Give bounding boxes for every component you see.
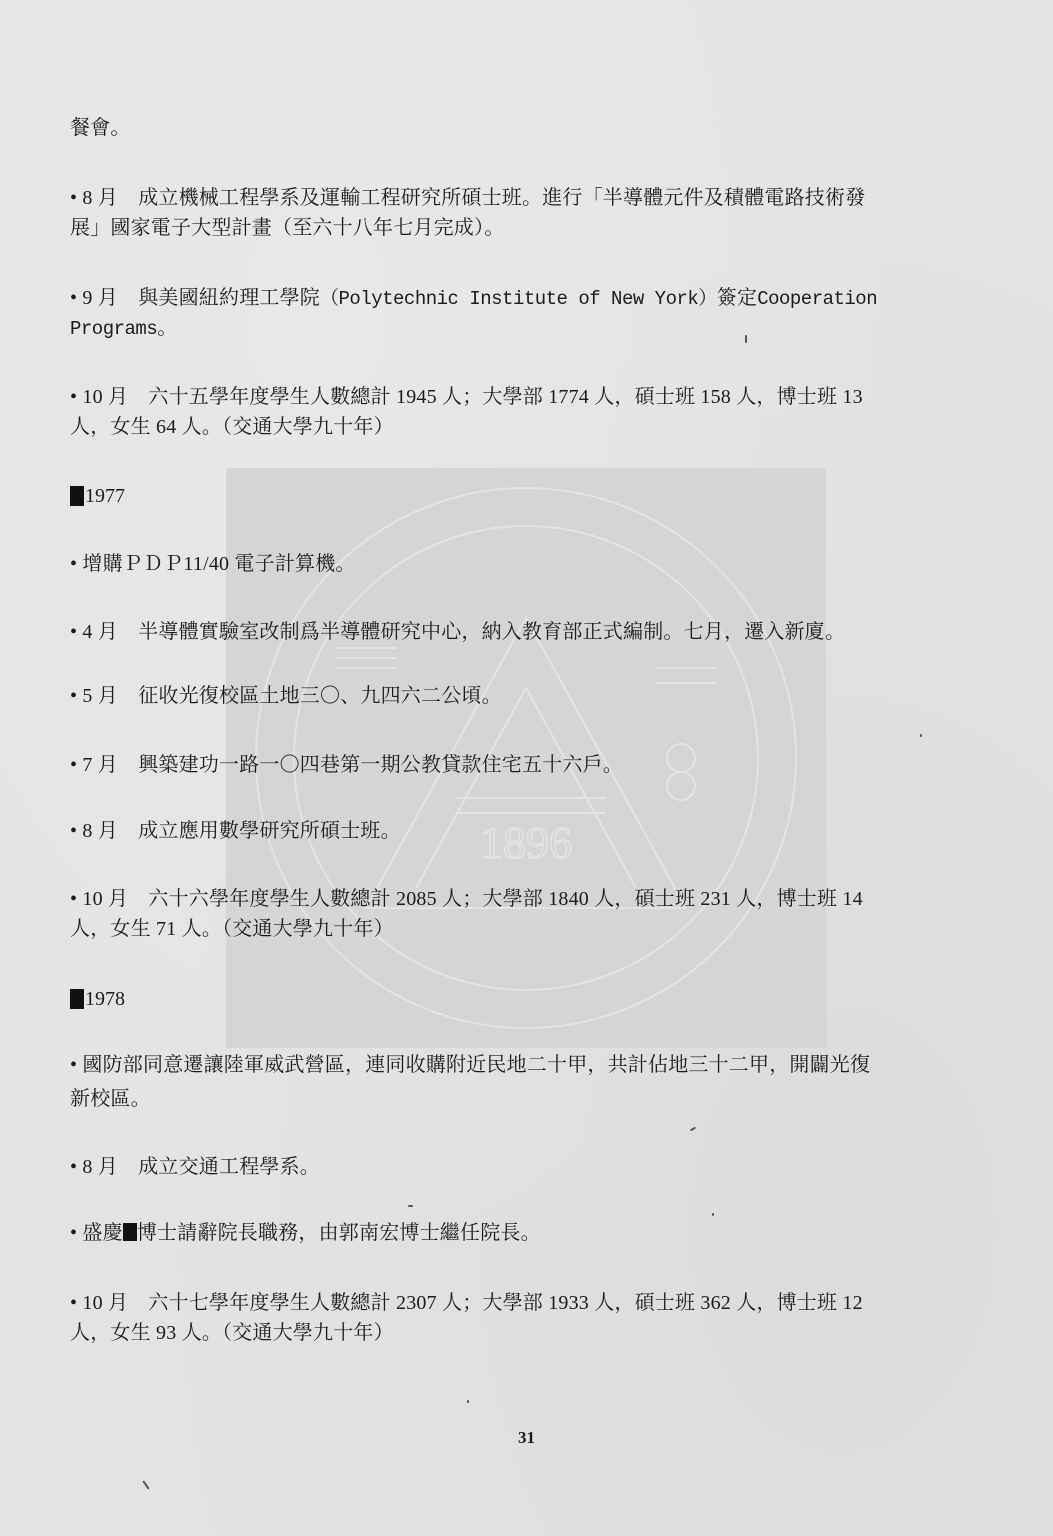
institute-name: （Polytechnic Institute of New York） xyxy=(320,288,717,310)
list-item-aug-1978: • 8 月 成立交通工程學系。 xyxy=(70,1152,960,1182)
year-heading-1978: 1978 xyxy=(70,984,125,1014)
item-text: 4 月 半導體實驗室改制爲半導體研究中心，納入教育部正式編制。七月，遷入新廈。 xyxy=(82,621,845,643)
list-item-oct-1977-line2: 人，女生 71 人。（交通大學九十年） xyxy=(70,914,960,944)
bullet: • xyxy=(70,621,77,643)
list-item-apr-1977: • 4 月 半導體實驗室改制爲半導體研究中心，納入教育部正式編制。七月，遷入新廈… xyxy=(70,617,960,647)
continuation-text: 餐會。 xyxy=(70,113,960,143)
scan-speck xyxy=(690,1127,696,1132)
agreement-name-cont: Programs xyxy=(70,318,157,340)
list-item-oct-1977-line1: • 10 月 六十六學年度學生人數總計 2085 人；大學部 1840 人，碩士… xyxy=(70,884,960,914)
item-text: 10 月 六十五學年度學生人數總計 1945 人；大學部 1774 人，碩士班 … xyxy=(82,386,862,408)
item-text: 盛慶 xyxy=(82,1222,122,1244)
list-item-1978-campus-line2: 新校區。 xyxy=(70,1084,960,1114)
bullet: • xyxy=(70,1156,77,1178)
scan-speck xyxy=(408,1205,413,1207)
item-text: 國防部同意遷讓陸軍威武營區，連同收購附近民地二十甲，共計佔地三十二甲，開闢光復 xyxy=(82,1054,870,1076)
list-item-aug-1977: • 8 月 成立應用數學研究所碩士班。 xyxy=(70,816,960,846)
black-square-icon xyxy=(70,989,84,1009)
item-text: 簽定 xyxy=(717,287,757,309)
list-item-jul-1977: • 7 月 興築建功一路一〇四巷第一期公教貸款住宅五十六戶。 xyxy=(70,750,960,780)
item-text: 8 月 成立交通工程學系。 xyxy=(82,1156,320,1178)
scan-speck xyxy=(712,1213,714,1216)
list-item-aug-1976-line1: • 8 月 成立機械工程學系及運輸工程研究所碩士班。進行「半導體元件及積體電路技… xyxy=(70,183,960,213)
year-heading-1977: 1977 xyxy=(70,481,125,511)
scan-speck xyxy=(920,734,922,737)
item-text: 9 月 與美國紐約理工學院 xyxy=(82,287,320,309)
list-item-1977-pdp: • 增購ＰＤＰ11/40 電子計算機。 xyxy=(70,549,960,579)
scan-speck xyxy=(467,1400,469,1403)
list-item-aug-1976-line2: 展」國家電子大型計畫（至六十八年七月完成）。 xyxy=(70,213,960,243)
list-item-oct-1978-line2: 人，女生 93 人。（交通大學九十年） xyxy=(70,1318,960,1348)
bullet: • xyxy=(70,187,77,209)
black-square-icon xyxy=(70,486,84,506)
item-text: 10 月 六十六學年度學生人數總計 2085 人；大學部 1840 人，碩士班 … xyxy=(82,888,862,910)
list-item-sep-1976-line1: • 9 月 與美國紐約理工學院（Polytechnic Institute of… xyxy=(70,283,960,314)
item-text: 10 月 六十七學年度學生人數總計 2307 人；大學部 1933 人，碩士班 … xyxy=(82,1292,862,1314)
list-item-oct-1976-line2: 人，女生 64 人。（交通大學九十年） xyxy=(70,412,960,442)
bullet: • xyxy=(70,1292,77,1314)
item-text: 。 xyxy=(157,317,177,339)
page-number: 31 xyxy=(0,1428,1053,1448)
list-item-sep-1976-line2: Programs。 xyxy=(70,313,960,344)
item-text: 5 月 征收光復校區土地三〇、九四六二公頃。 xyxy=(82,685,501,707)
agreement-name: Cooperation xyxy=(757,288,877,310)
item-text: 增購ＰＤＰ11/40 電子計算機。 xyxy=(82,553,355,575)
bullet: • xyxy=(70,287,77,309)
bullet: • xyxy=(70,820,77,842)
bullet: • xyxy=(70,1054,77,1076)
year-label: 1978 xyxy=(85,984,125,1014)
bullet: • xyxy=(70,1222,77,1244)
list-item-1978-campus-line1: • 國防部同意遷讓陸軍威武營區，連同收購附近民地二十甲，共計佔地三十二甲，開闢光… xyxy=(70,1050,960,1080)
bullet: • xyxy=(70,685,77,707)
list-item-may-1977: • 5 月 征收光復校區土地三〇、九四六二公頃。 xyxy=(70,681,960,711)
scan-speck xyxy=(142,1480,149,1489)
bullet: • xyxy=(70,386,77,408)
scan-speck xyxy=(745,335,747,343)
item-text: 7 月 興築建功一路一〇四巷第一期公教貸款住宅五十六戶。 xyxy=(82,754,623,776)
redaction-block-icon xyxy=(123,1223,137,1241)
item-text: 博士請辭院長職務，由郭南宏博士繼任院長。 xyxy=(137,1222,541,1244)
item-text: 8 月 成立機械工程學系及運輸工程研究所碩士班。進行「半導體元件及積體電路技術發 xyxy=(82,187,865,209)
year-label: 1977 xyxy=(85,481,125,511)
bullet: • xyxy=(70,888,77,910)
bullet: • xyxy=(70,553,77,575)
list-item-oct-1978-line1: • 10 月 六十七學年度學生人數總計 2307 人；大學部 1933 人，碩士… xyxy=(70,1288,960,1318)
list-item-oct-1976-line1: • 10 月 六十五學年度學生人數總計 1945 人；大學部 1774 人，碩士… xyxy=(70,382,960,412)
bullet: • xyxy=(70,754,77,776)
list-item-1978-president: • 盛慶博士請辭院長職務，由郭南宏博士繼任院長。 xyxy=(70,1218,960,1248)
item-text: 8 月 成立應用數學研究所碩士班。 xyxy=(82,820,400,842)
